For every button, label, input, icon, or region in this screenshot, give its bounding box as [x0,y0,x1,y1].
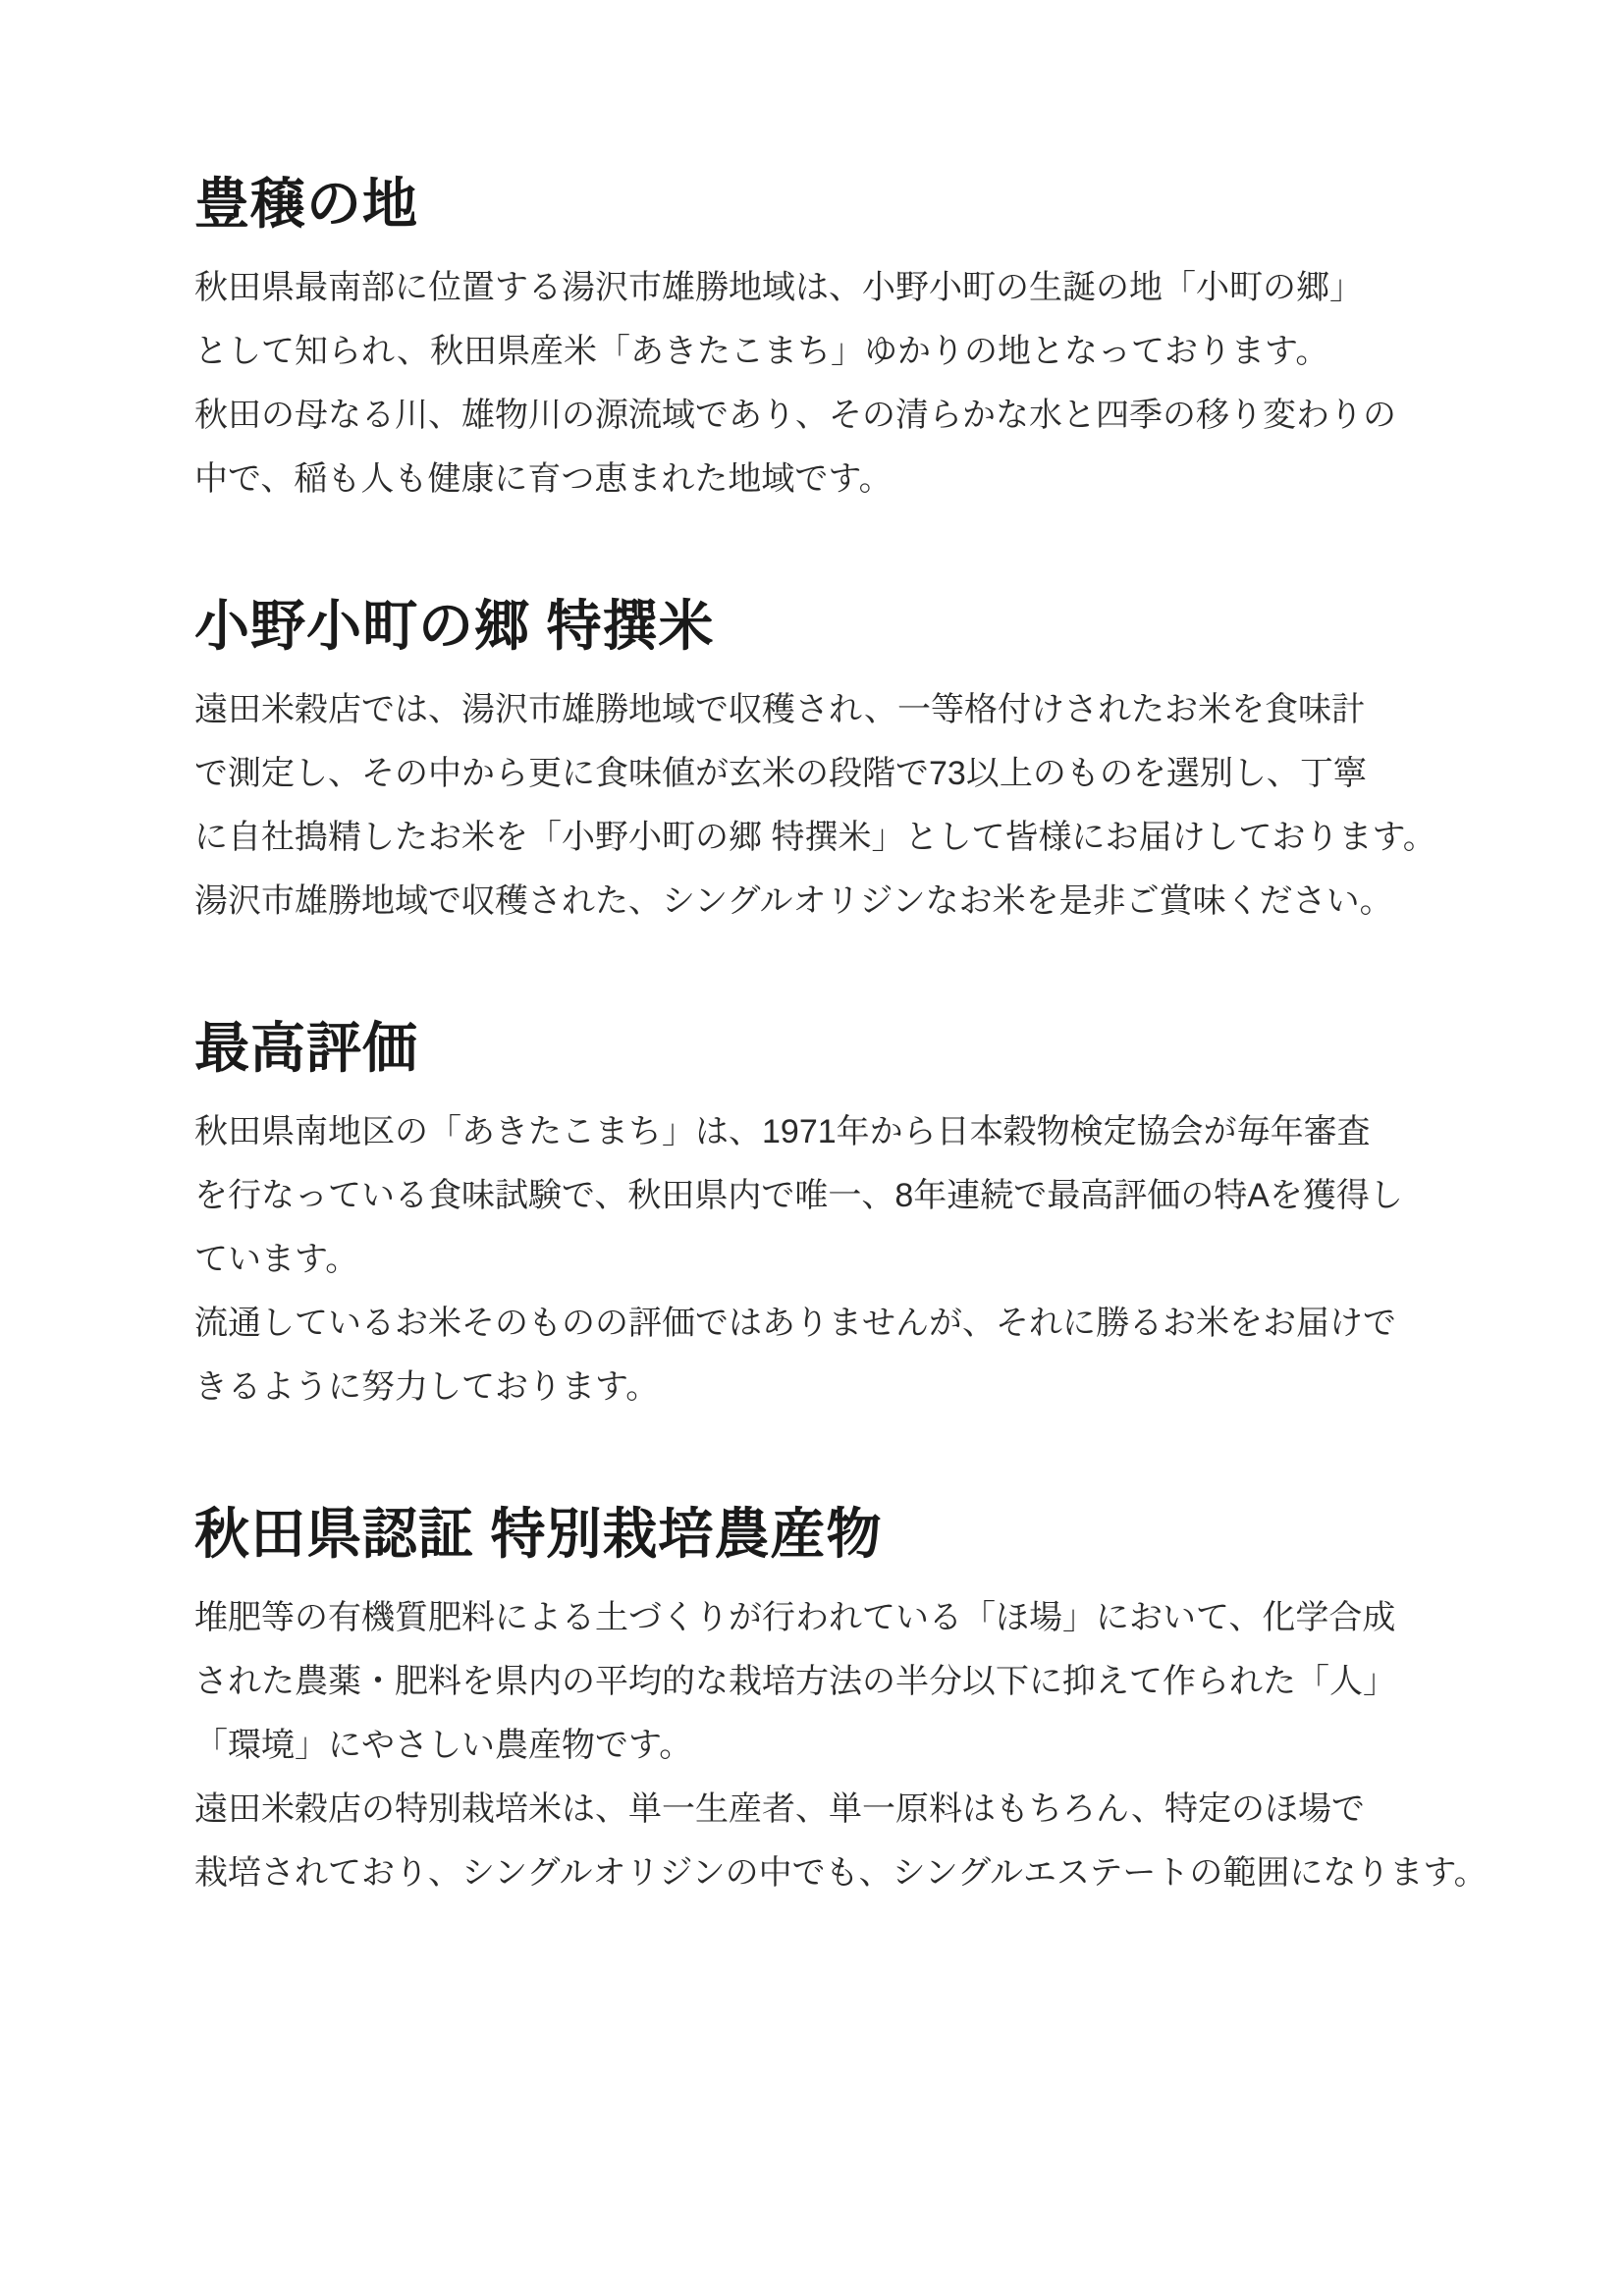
body-text-line: を行なっている食味試験で、秋田県内で唯一、8年連続で最高評価の特Aを獲得し [194,1164,1451,1228]
body-text-line: された農薬・肥料を県内の平均的な栽培方法の半分以下に抑えて作られた「人」 [194,1650,1451,1714]
section-certified-special-cultivation: 秋田県認証 特別栽培農産物 堆肥等の有機質肥料による土づくりが行われている「ほ場… [194,1502,1451,1905]
body-text-line: に自社搗精したお米を「小野小町の郷 特撰米」として皆様にお届けしております。 [194,806,1451,870]
body-text-line: 堆肥等の有機質肥料による土づくりが行われている「ほ場」において、化学合成 [194,1586,1451,1650]
section-highest-rating-heading: 最高評価 [194,1016,1451,1081]
body-text-line: 秋田県南地区の「あきたこまち」は、1971年から日本穀物検定協会が毎年審査 [194,1100,1451,1164]
document-page: 豊穣の地 秋田県最南部に位置する湯沢市雄勝地域は、小野小町の生誕の地「小町の郷」… [0,0,1624,2296]
section-fertile-land: 豊穣の地 秋田県最南部に位置する湯沢市雄勝地域は、小野小町の生誕の地「小町の郷」… [194,172,1451,511]
body-text-line: 秋田の母なる川、雄物川の源流域であり、その清らかな水と四季の移り変わりの [194,384,1451,448]
body-text-line: 栽培されており、シングルオリジンの中でも、シングルエステートの範囲になります。 [194,1842,1451,1905]
body-text-line: 遠田米穀店では、湯沢市雄勝地域で収穫され、一等格付けされたお米を食味計 [194,678,1451,742]
section-highest-rating: 最高評価 秋田県南地区の「あきたこまち」は、1971年から日本穀物検定協会が毎年… [194,1016,1451,1419]
body-text-line: 中で、稲も人も健康に育つ恵まれた地域です。 [194,448,1451,511]
body-text-line: で測定し、その中から更に食味値が玄米の段階で73以上のものを選別し、丁寧 [194,742,1451,806]
body-text-line: きるように努力しております。 [194,1356,1451,1419]
section-certified-special-cultivation-heading: 秋田県認証 特別栽培農産物 [194,1502,1451,1567]
body-text-line: 流通しているお米そのものの評価ではありませんが、それに勝るお米をお届けで [194,1292,1451,1356]
section-fertile-land-heading: 豊穣の地 [194,172,1451,237]
document-content: 豊穣の地 秋田県最南部に位置する湯沢市雄勝地域は、小野小町の生誕の地「小町の郷」… [194,172,1451,1988]
body-text-line: 秋田県最南部に位置する湯沢市雄勝地域は、小野小町の生誕の地「小町の郷」 [194,256,1451,320]
section-tokusenmai: 小野小町の郷 特撰米 遠田米穀店では、湯沢市雄勝地域で収穫され、一等格付けされた… [194,594,1451,934]
body-text-line: 遠田米穀店の特別栽培米は、単一生産者、単一原料はもちろん、特定のほ場で [194,1778,1451,1842]
body-text-line: ています。 [194,1228,1451,1292]
body-text-line: 湯沢市雄勝地域で収穫された、シングルオリジンなお米を是非ご賞味ください。 [194,870,1451,934]
section-tokusenmai-heading: 小野小町の郷 特撰米 [194,594,1451,659]
body-text-line: として知られ、秋田県産米「あきたこまち」ゆかりの地となっております。 [194,320,1451,384]
body-text-line: 「環境」にやさしい農産物です。 [194,1714,1451,1778]
